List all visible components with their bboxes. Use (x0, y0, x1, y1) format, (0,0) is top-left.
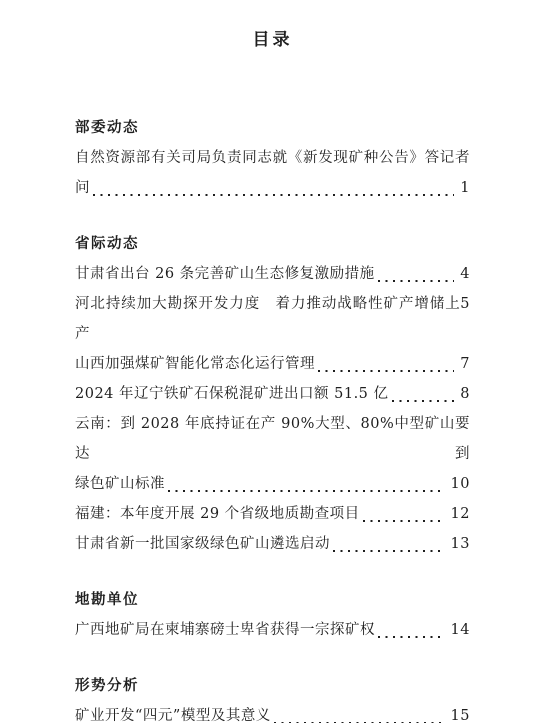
toc-entry-row: 河北持续加大勘探开发力度 着力推动战略性矿产增储上产5 (75, 289, 470, 349)
toc-entry-text: 甘肃省新一批国家级绿色矿山遴选启动 (75, 529, 330, 559)
toc-entry-row: 山西加强煤矿智能化常态化运行管理7 (75, 349, 470, 379)
toc-entry-text: 河北持续加大勘探开发力度 着力推动战略性矿产增储上产 (75, 289, 460, 349)
toc-entry-text: 云南：到 2028 年底持证在产 90%大型、80%中型矿山要达到 (75, 409, 470, 469)
page-number: 15 (451, 701, 470, 723)
dot-leader (93, 194, 454, 196)
page-number: 4 (460, 259, 470, 289)
toc-entry-row: 甘肃省新一批国家级绿色矿山遴选启动13 (75, 529, 470, 559)
toc-section: 地勘单位广西地矿局在柬埔寨磅士卑省获得一宗探矿权14 (75, 585, 470, 645)
toc-entry-row: 福建：本年度开展 29 个省级地质勘查项目12 (75, 499, 470, 529)
page-number: 1 (460, 173, 470, 203)
dot-leader (378, 280, 455, 282)
page-number: 10 (451, 469, 470, 499)
toc-entry-row: 甘肃省出台 26 条完善矿山生态修复激励措施4 (75, 259, 470, 289)
toc-entry[interactable]: 山西加强煤矿智能化常态化运行管理7 (75, 349, 470, 379)
page-number: 8 (460, 379, 470, 409)
toc-entry-text: 福建：本年度开展 29 个省级地质勘查项目 (75, 499, 360, 529)
section-heading: 部委动态 (75, 113, 470, 143)
document-page: 目录 部委动态自然资源部有关司局负责同志就《新发现矿种公告》答记者问1省际动态甘… (0, 0, 545, 723)
toc-sections: 部委动态自然资源部有关司局负责同志就《新发现矿种公告》答记者问1省际动态甘肃省出… (75, 113, 470, 723)
toc-entry-text: 广西地矿局在柬埔寨磅士卑省获得一宗探矿权 (75, 615, 375, 645)
toc-entry[interactable]: 广西地矿局在柬埔寨磅士卑省获得一宗探矿权14 (75, 615, 470, 645)
page-number: 5 (460, 289, 470, 319)
toc-entry-text: 问 (75, 173, 90, 203)
dot-leader (392, 400, 455, 402)
toc-entry[interactable]: 甘肃省出台 26 条完善矿山生态修复激励措施4 (75, 259, 470, 289)
toc-entry-row: 广西地矿局在柬埔寨磅士卑省获得一宗探矿权14 (75, 615, 470, 645)
toc-section: 省际动态甘肃省出台 26 条完善矿山生态修复激励措施4河北持续加大勘探开发力度 … (75, 229, 470, 559)
toc-entry-row: 问1 (75, 173, 470, 203)
toc-entry-text: 绿色矿山标准 (75, 469, 165, 499)
toc-section: 部委动态自然资源部有关司局负责同志就《新发现矿种公告》答记者问1 (75, 113, 470, 203)
page-number: 13 (451, 529, 470, 559)
dot-leader (378, 636, 445, 638)
toc-entry-text: 甘肃省出台 26 条完善矿山生态修复激励措施 (75, 259, 375, 289)
page-number: 7 (460, 349, 470, 379)
toc-entry-row: 矿业开发“四元”模型及其意义15 (75, 701, 470, 723)
page-number: 14 (451, 615, 470, 645)
dot-leader (363, 520, 445, 522)
toc-entry[interactable]: 自然资源部有关司局负责同志就《新发现矿种公告》答记者问1 (75, 143, 470, 203)
dot-leader (318, 370, 454, 372)
toc-entry[interactable]: 河北持续加大勘探开发力度 着力推动战略性矿产增储上产5 (75, 289, 470, 349)
section-heading: 形势分析 (75, 671, 470, 701)
dot-leader (168, 490, 445, 492)
toc-section: 形势分析矿业开发“四元”模型及其意义15 (75, 671, 470, 723)
toc-entry[interactable]: 云南：到 2028 年底持证在产 90%大型、80%中型矿山要达到绿色矿山标准1… (75, 409, 470, 499)
toc-entry-text: 矿业开发“四元”模型及其意义 (75, 701, 271, 723)
toc-entry-row: 2024 年辽宁铁矿石保税混矿进出口额 51.5 亿8 (75, 379, 470, 409)
section-heading: 省际动态 (75, 229, 470, 259)
toc-entry-row: 绿色矿山标准10 (75, 469, 470, 499)
toc-entry[interactable]: 甘肃省新一批国家级绿色矿山遴选启动13 (75, 529, 470, 559)
section-heading: 地勘单位 (75, 585, 470, 615)
page-number: 12 (451, 499, 470, 529)
toc-entry[interactable]: 福建：本年度开展 29 个省级地质勘查项目12 (75, 499, 470, 529)
toc-entry[interactable]: 矿业开发“四元”模型及其意义15 (75, 701, 470, 723)
page-title: 目录 (75, 30, 470, 50)
toc-entry-text: 自然资源部有关司局负责同志就《新发现矿种公告》答记者 (75, 143, 470, 173)
toc-entry[interactable]: 2024 年辽宁铁矿石保税混矿进出口额 51.5 亿8 (75, 379, 470, 409)
dot-leader (333, 550, 445, 552)
toc-entry-text: 2024 年辽宁铁矿石保税混矿进出口额 51.5 亿 (75, 379, 389, 409)
toc-entry-text: 山西加强煤矿智能化常态化运行管理 (75, 349, 315, 379)
